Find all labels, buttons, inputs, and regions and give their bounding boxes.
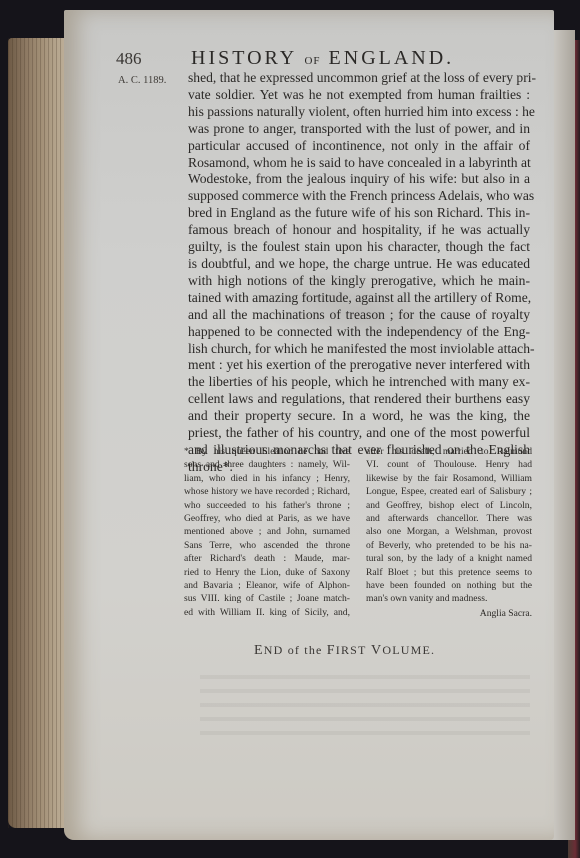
main-paragraph: shed, that he expressed uncommon grief a… [188,70,530,476]
text-line: priest, the father of his country, and o… [188,425,530,442]
end-cap-e: E [254,643,264,658]
text-line: Rosamond, whom he is said to have concea… [188,155,530,172]
footnote-source: Anglia Sacra. [366,607,532,620]
text-line: mentioned above ; and John, surnamed [184,525,350,538]
text-line: his passions naturally violent, often hu… [188,104,530,121]
text-line: after his death, married to Raimund [366,445,532,458]
running-head: 486 HISTORY OF ENGLAND. [116,47,526,71]
page-number: 486 [116,49,142,69]
margin-date-note: A. C. 1189. [118,75,166,86]
text-line: Longue, Espee, created earl of Salisbury… [366,485,532,498]
text-line: bred in England as the future wife of hi… [188,205,530,222]
text-line: and all the machinations of treason ; fo… [188,307,530,324]
footnote-column-left: * By his queen Eleanor he had fivesons a… [184,445,350,619]
text-line: man's own vanity and madness. [366,592,532,605]
end-cap-f: F [327,643,336,658]
text-line: who succeeded to his father's throne ; [184,499,350,512]
text-line: tained with amazing fortitude, against a… [188,290,530,307]
show-through-text [200,665,530,735]
text-line: guilty, is the foulest stain upon his ch… [188,239,530,256]
text-line: also one Morgan, a Welshman, provost [366,525,532,538]
book-title: HISTORY OF ENGLAND. [191,47,454,70]
text-line: sus VIII. king of Castile ; Joane match- [184,592,350,605]
end-of-the: of the [284,643,327,657]
text-line: after Richard's death : Maude, mar- [184,552,350,565]
text-line: of Beverly, who pretended to be his na- [366,539,532,552]
text-line: likewise by the fair Rosamond, William [366,472,532,485]
end-irst: IRST [336,643,367,657]
end-cap-v: V [367,643,383,658]
title-england: ENGLAND. [329,47,455,69]
text-line: Wodestoke, from the jealous inquiry of h… [188,171,530,188]
end-of-volume-note: END of the FIRST VOLUME. [254,643,435,659]
text-line: ed with William II. king of Sicily, and, [184,606,350,619]
text-line: sons and three daughters : namely, Wil- [184,458,350,471]
text-line: and their property secure. In a word, he… [188,408,530,425]
text-line: the liberties of his people, which he in… [188,374,530,391]
text-line: ried to Henry the Lion, duke of Saxony [184,566,350,579]
text-line: and Geoffrey, bishop elect of Lincoln, [366,499,532,512]
text-line: have been founded on nothing but the [366,579,532,592]
text-line: particular accused of incontinence, not … [188,138,530,155]
title-history: HISTORY [191,47,296,69]
text-line: supposed commerce with the French prince… [188,188,530,205]
text-line: ment : yet his exertion of the prerogati… [188,357,530,374]
title-of: OF [304,55,320,67]
text-line: tural son, by the lady of a knight named [366,552,532,565]
text-line: cellent laws and regulations, that rende… [188,391,530,408]
footnote-column-right: after his death, married to RaimundVI. c… [366,445,532,620]
text-line: liam, who died in his infancy ; Henry, [184,472,350,485]
end-olume: OLUME. [382,643,435,657]
text-line: with high notions of the kingly prerogat… [188,273,530,290]
text-line: and Bavaria ; Eleanor, wife of Alphon- [184,579,350,592]
text-line: vate soldier. Yet was he not exempted fr… [188,87,530,104]
text-line: famous breach of honour and hospitality,… [188,222,530,239]
text-line: * By his queen Eleanor he had five [184,445,350,458]
text-line: lish church, for which he manifested the… [188,341,530,358]
text-line: Geoffrey, who died at Paris, as we have [184,512,350,525]
end-nd: ND [264,643,284,657]
text-line: Sans Terre, who ascended the throne [184,539,350,552]
text-line: VI. count of Thoulouse. Henry had [366,458,532,471]
text-line: and afterwards chancellor. There was [366,512,532,525]
text-line: whose history we have recorded ; Richard… [184,485,350,498]
text-line: happened to be connected with the indepe… [188,324,530,341]
text-line: Ralf Bloet ; but this pretence seems to [366,566,532,579]
text-line: was prone to anger, transported with the… [188,121,530,138]
text-line: is doubtful, and we hope, the charge unt… [188,256,530,273]
text-line: shed, that he expressed uncommon grief a… [188,70,530,87]
